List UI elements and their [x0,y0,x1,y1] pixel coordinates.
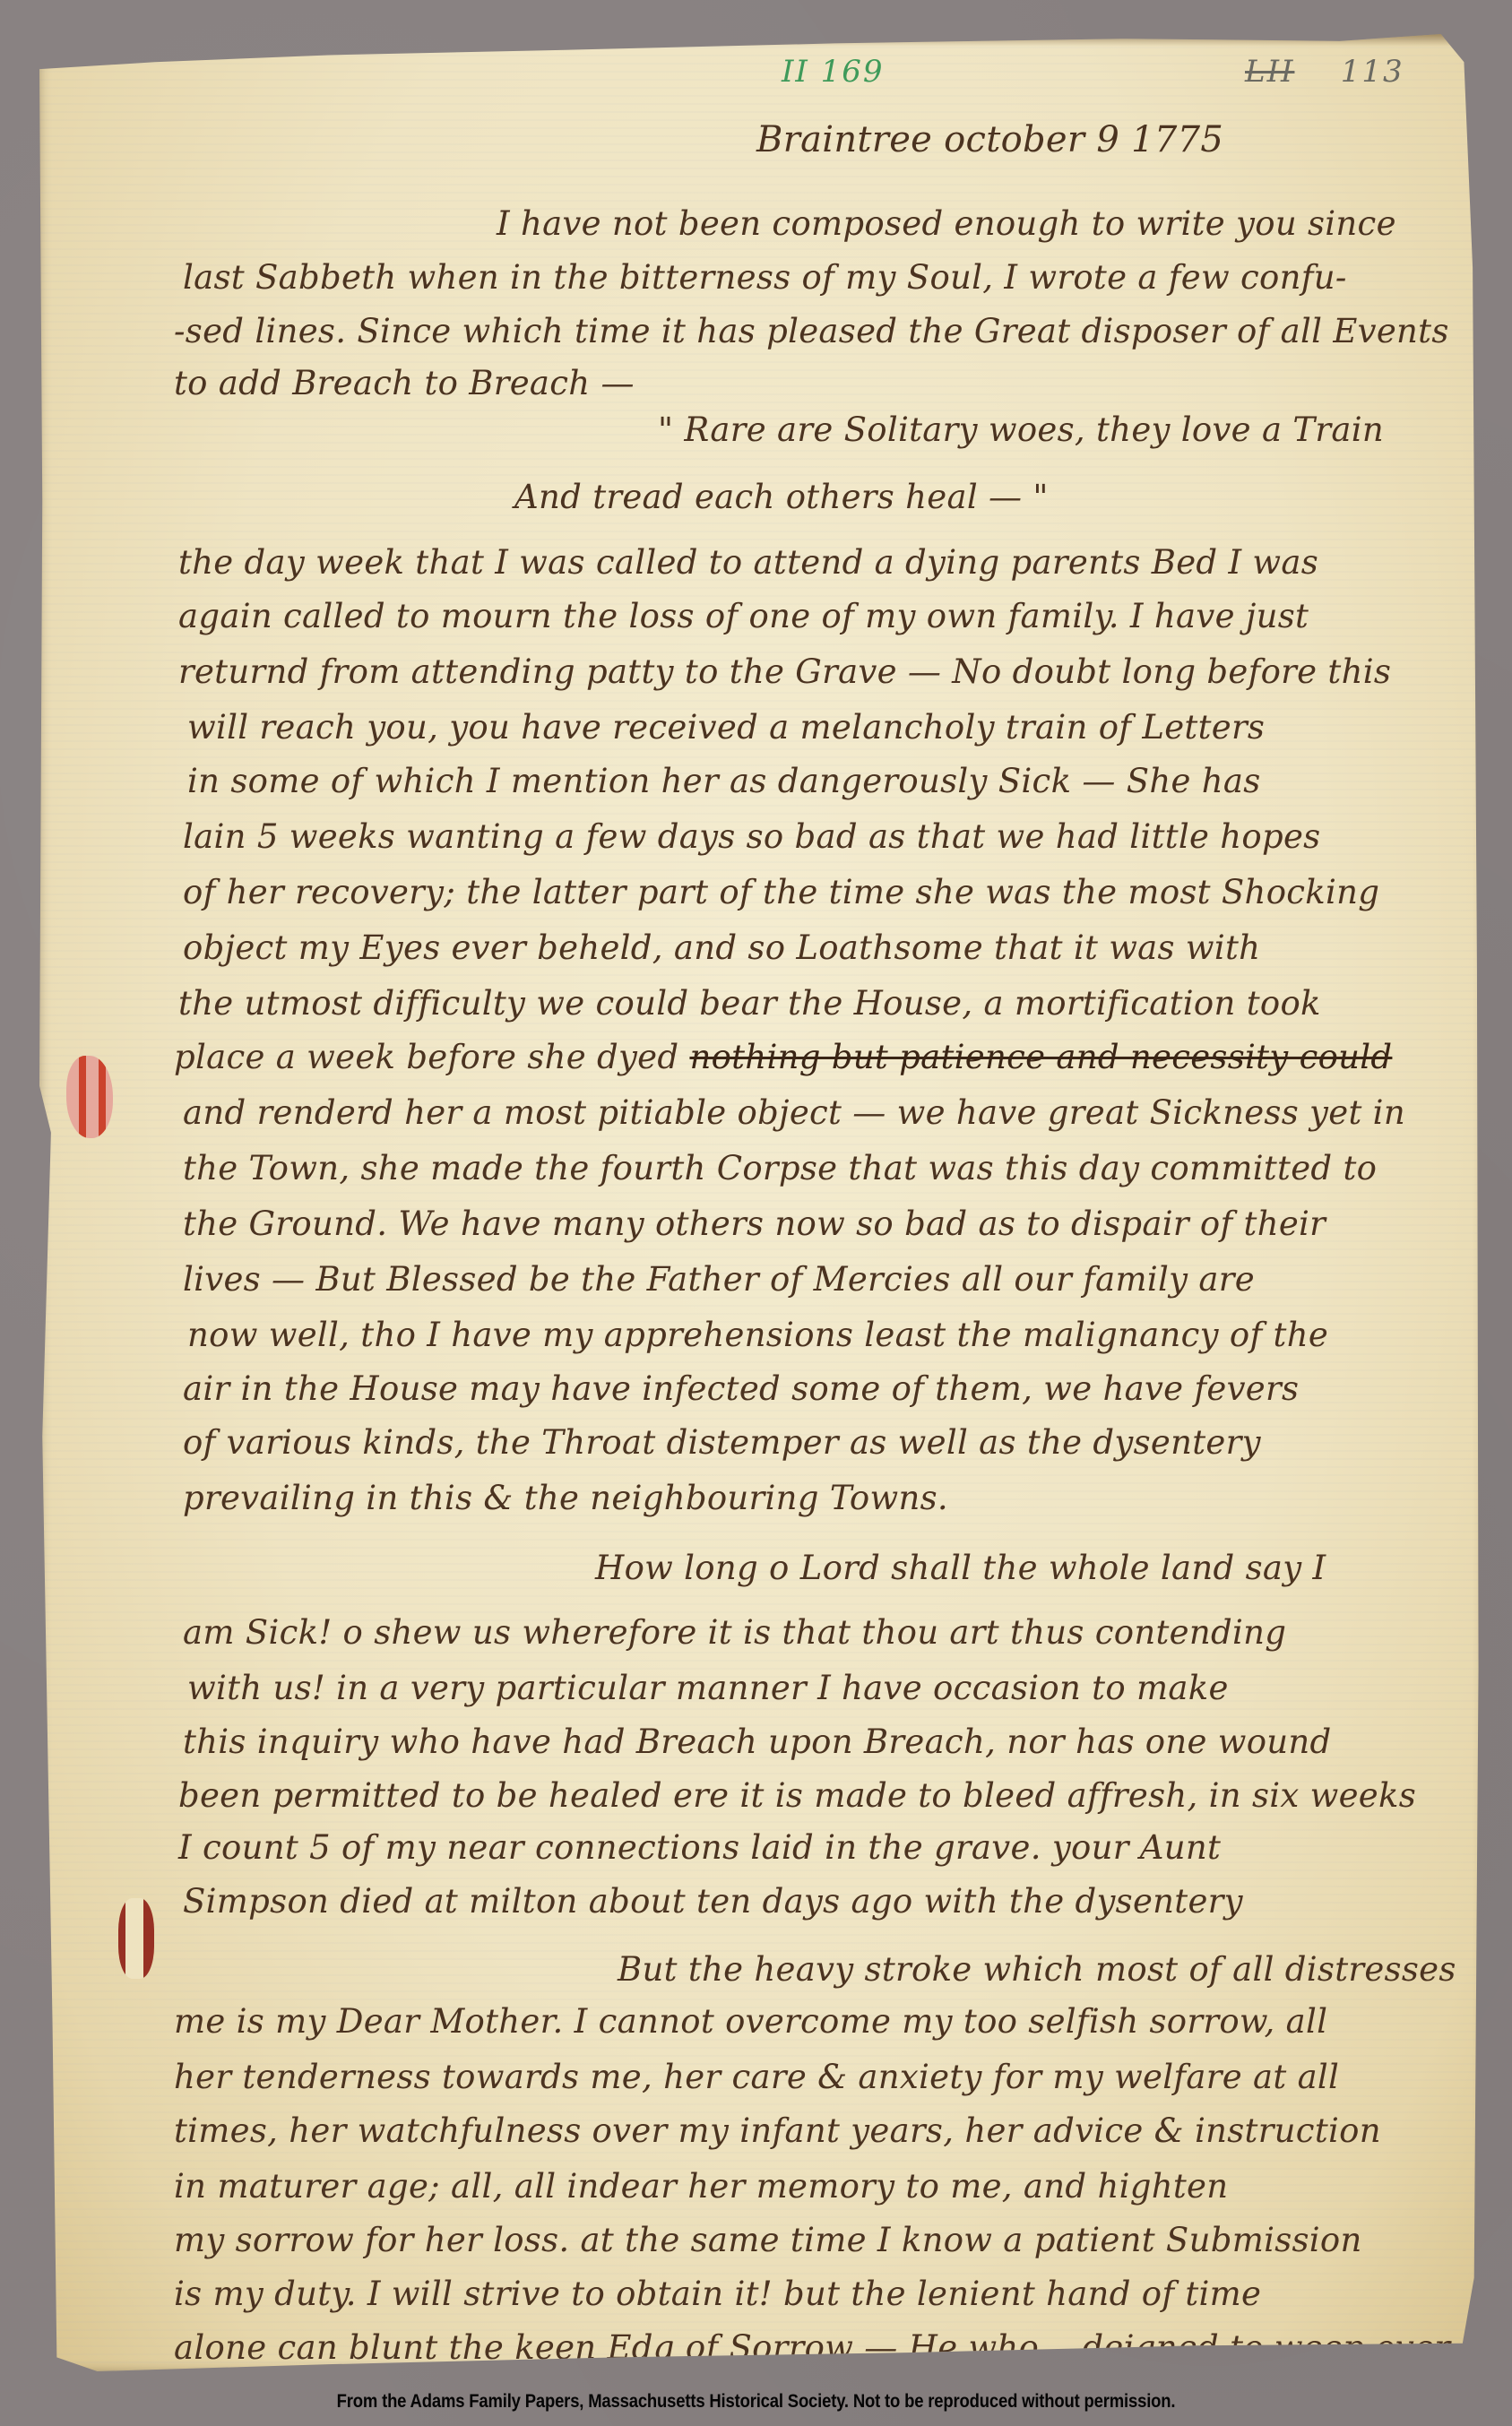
letter-line: Simpson died at milton about ten days ag… [183,1882,1243,1921]
letter-line: the Town, she made the fourth Corpse tha… [183,1149,1377,1187]
letter-line: me is my Dear Mother. I cannot overcome … [174,2002,1327,2041]
manuscript-page: II 169 LII 113 Braintree october 9 1775 … [39,34,1484,2371]
letter-line: will reach you, you have received a mela… [187,708,1265,747]
letter-line: again called to mourn the loss of one of… [178,597,1309,635]
letter-line: air in the House may have infected some … [183,1369,1299,1408]
letter-line: been permitted to be healed ere it is ma… [178,1776,1416,1815]
letter-line: in maturer age; all, all indear her memo… [174,2167,1228,2206]
letter-line: prevailing in this & the neighbouring To… [183,1479,948,1517]
letter-line: the Ground. We have many others now so b… [183,1204,1326,1243]
letter-line: the utmost difficulty we could bear the … [178,984,1321,1023]
dateline: Braintree october 9 1775 [756,119,1223,160]
letter-line: of her recovery; the latter part of the … [183,873,1379,911]
letter-line: am Sick! o shew us wherefore it is that … [183,1613,1286,1652]
letter-line: now well, tho I have my apprehensions le… [187,1316,1328,1354]
letter-line: is my duty. I will strive to obtain it! … [174,2275,1261,2313]
letter-line: of various kinds, the Throat distemper a… [183,1423,1261,1462]
red-wax-seal-trace [118,1898,154,1979]
letter-line: lain 5 weeks wanting a few days so bad a… [183,817,1320,856]
archive-volume-mark: II 169 [782,54,885,90]
copyright-credit: From the Adams Family Papers, Massachuse… [91,2391,1421,2413]
letter-line: I have not been composed enough to write… [497,204,1396,243]
letter-line: How long o Lord shall the whole land say… [595,1549,1326,1587]
letter-line: -sed lines. Since which time it has plea… [174,312,1449,350]
archive-page-mark: LII 113 [1245,54,1404,90]
red-wax-seal-remnant [66,1056,113,1138]
letter-line: her tenderness towards me, her care & an… [174,2058,1339,2096]
letter-line: last Sabbeth when in the bitterness of m… [183,258,1347,297]
verse-line: And tread each others heal — " [514,478,1049,516]
letter-line: to add Breach to Breach — [174,364,635,402]
letter-line: object my Eyes ever beheld, and so Loath… [183,928,1260,967]
struck-through-text: nothing but patience and necessity could [689,1038,1392,1076]
letter-line: and renderd her a most pitiable object —… [183,1093,1405,1132]
letter-line: with us! in a very particular manner I h… [187,1669,1229,1707]
letter-line: But the heavy stroke which most of all d… [618,1950,1456,1989]
letter-line: place a week before she dyed nothing but… [174,1038,1392,1076]
letter-line: times, her watchfulness over my infant y… [174,2111,1381,2150]
letter-line: I count 5 of my near connections laid in… [178,1828,1221,1867]
letter-line: returnd from attending patty to the Grav… [178,652,1391,691]
letter-line: this inquiry who have had Breach upon Br… [183,1722,1332,1761]
struck-volume-mark: LII [1245,54,1294,90]
letter-line: my sorrow for her loss. at the same time… [174,2221,1362,2259]
letter-line: lives — But Blessed be the Father of Mer… [183,1260,1255,1299]
letter-line: in some of which I mention her as danger… [187,762,1261,800]
page-number: 113 [1341,54,1404,90]
letter-text: place a week before she dyed [174,1038,678,1076]
letter-line: the day week that I was called to attend… [178,543,1318,582]
verse-line: " Rare are Solitary woes, they love a Tr… [658,410,1384,449]
